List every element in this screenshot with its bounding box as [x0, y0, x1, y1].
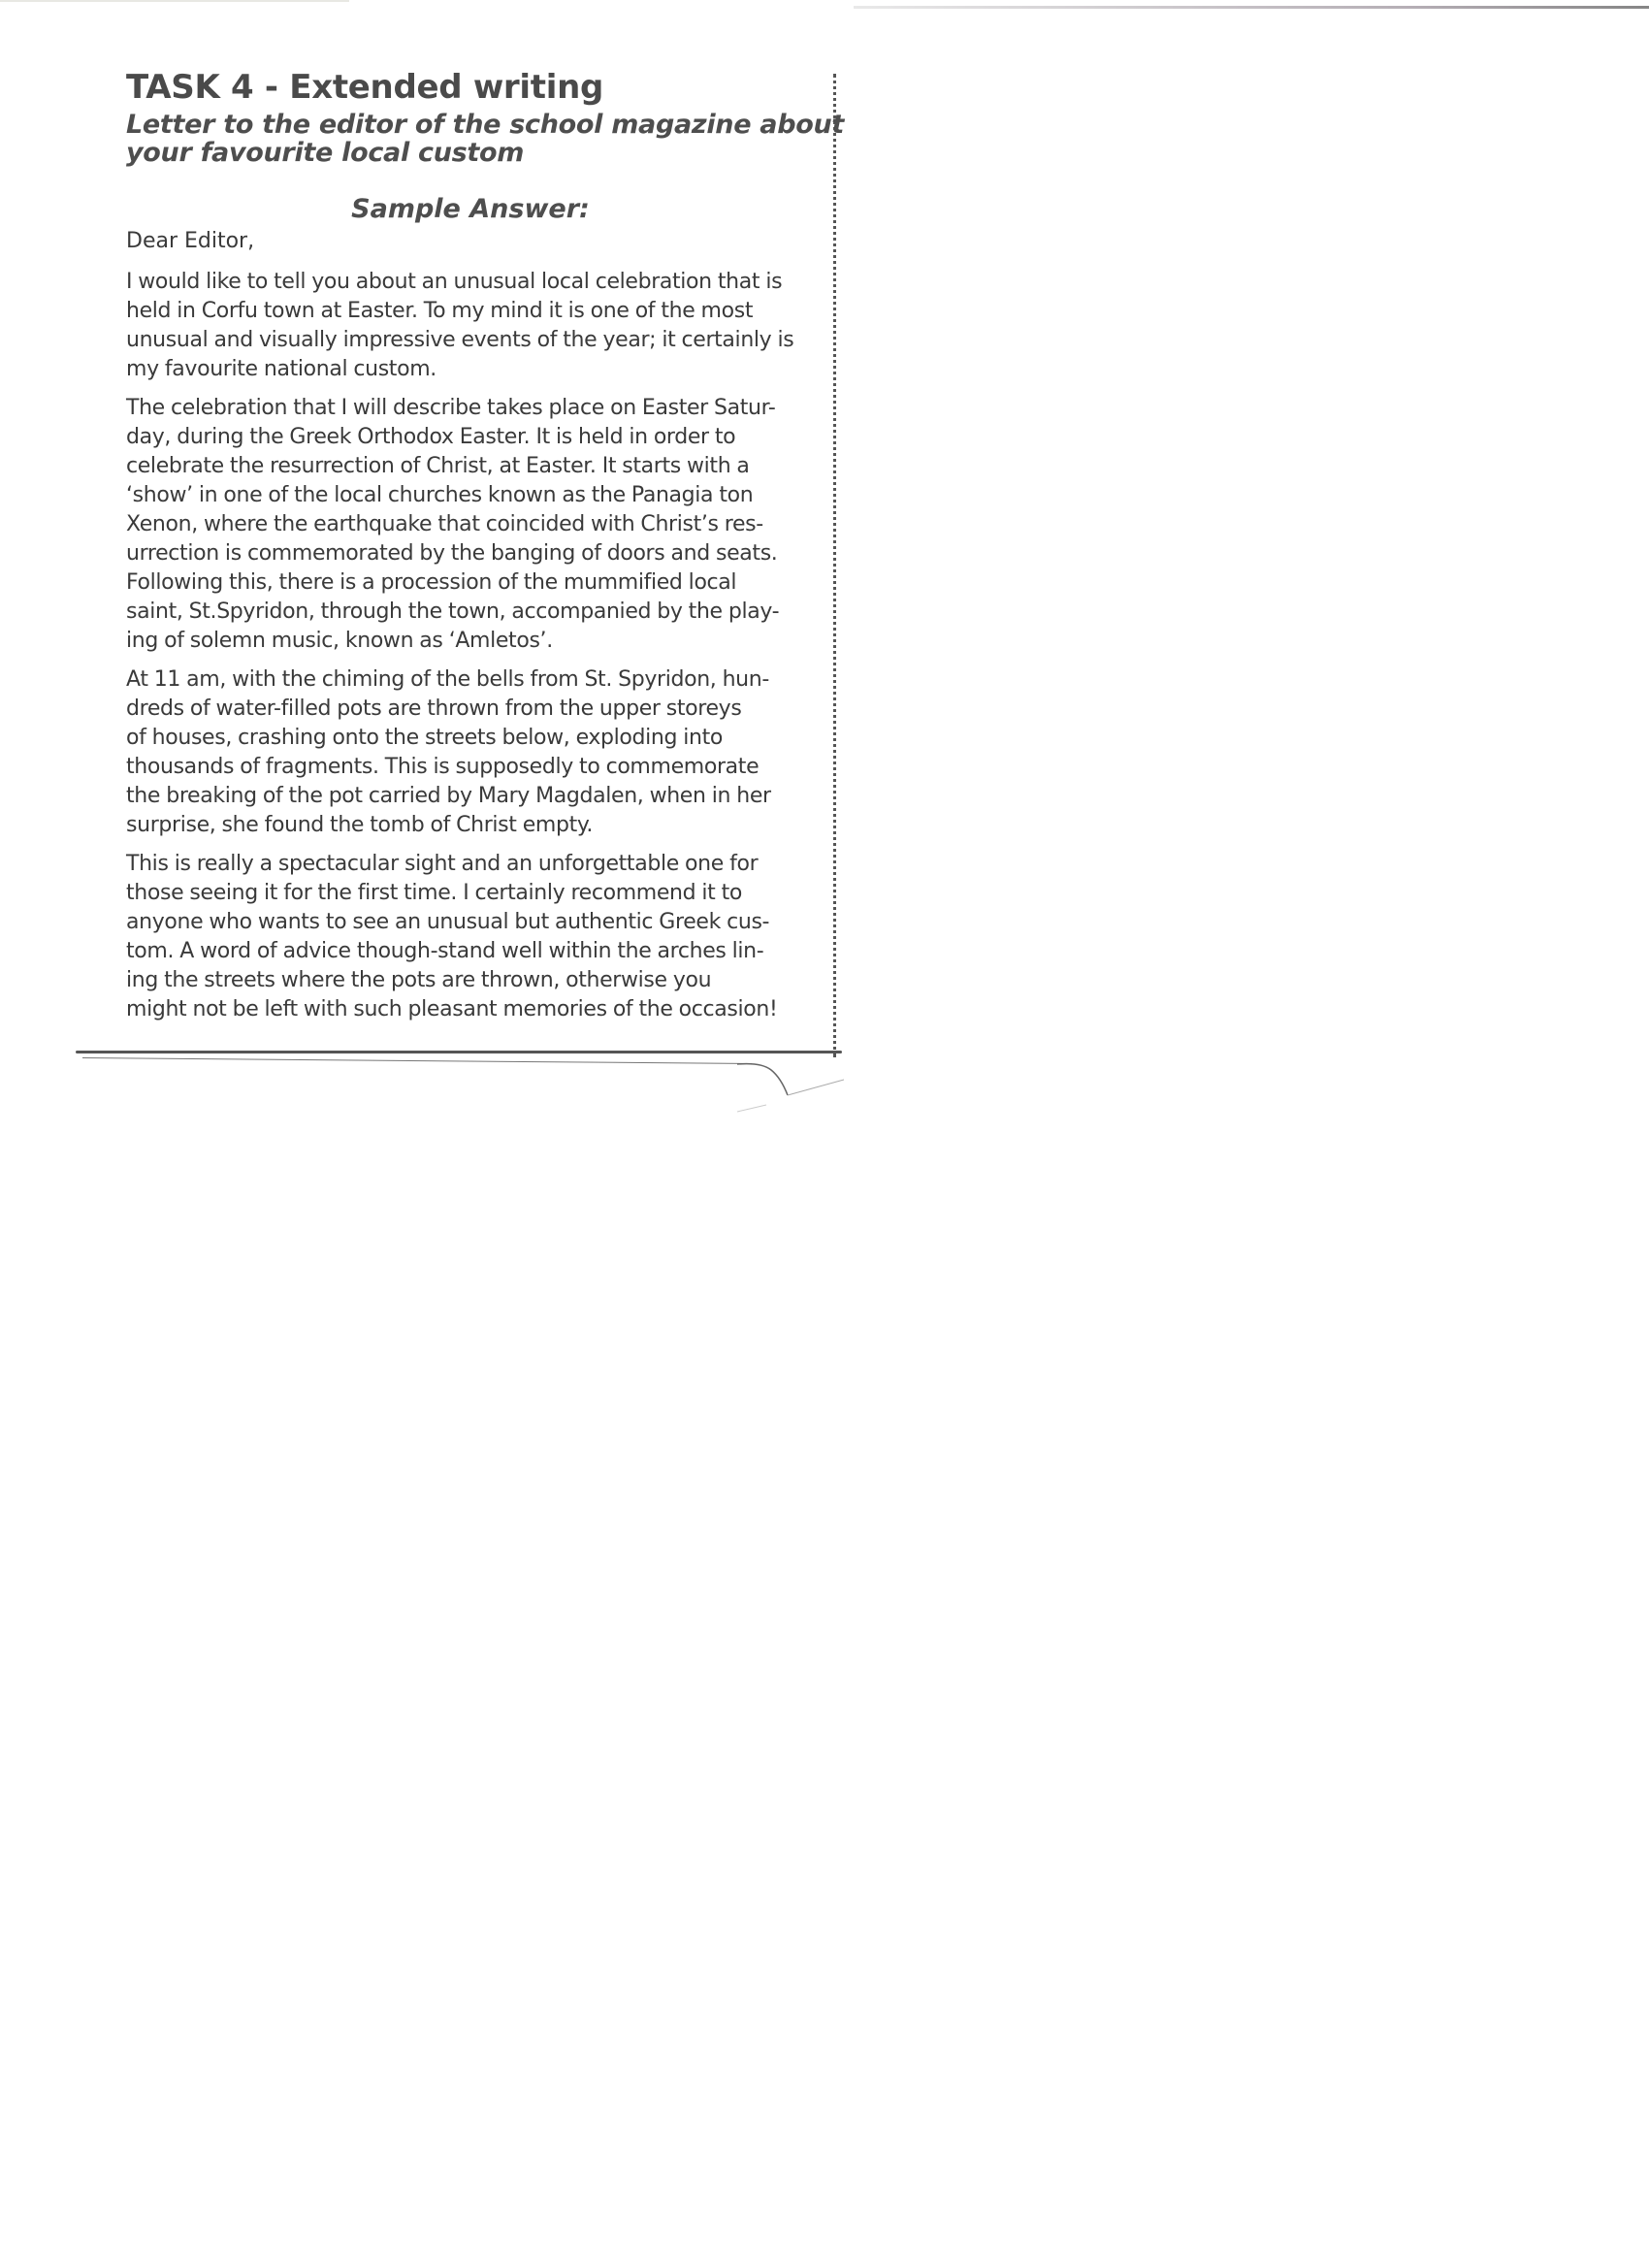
text-line: At 11 am, with the chiming of the bells … — [126, 665, 815, 695]
text-line: This is really a spectacular sight and a… — [126, 850, 815, 879]
text-line: ing of solemn music, known as ‘Amletos’. — [126, 627, 815, 656]
text-line: ing the streets where the pots are throw… — [126, 966, 815, 995]
text-line: ‘show’ in one of the local churches know… — [126, 481, 815, 510]
text-line: I would like to tell you about an unusua… — [126, 268, 815, 297]
text-line: the breaking of the pot carried by Mary … — [126, 782, 815, 811]
text-line: saint, St.Spyridon, through the town, ac… — [126, 598, 815, 627]
text-line: dreds of water-filled pots are thrown fr… — [126, 695, 815, 724]
letter-paragraph: This is really a spectacular sight and a… — [126, 850, 815, 1024]
text-line: The celebration that I will describe tak… — [126, 394, 815, 423]
subtitle-line: Letter to the editor of the school magaz… — [126, 111, 815, 139]
text-line: Xenon, where the earthquake that coincid… — [126, 510, 815, 539]
text-line: those seeing it for the first time. I ce… — [126, 879, 815, 908]
letter-salutation: Dear Editor, — [126, 227, 815, 256]
task-title: TASK 4 - Extended writing — [126, 68, 815, 107]
text-line: held in Corfu town at Easter. To my mind… — [126, 297, 815, 326]
letter-paragraph: The celebration that I will describe tak… — [126, 394, 815, 656]
text-line: Following this, there is a procession of… — [126, 568, 815, 598]
text-line: surprise, she found the tomb of Christ e… — [126, 811, 815, 840]
text-line: might not be left with such pleasant mem… — [126, 995, 815, 1024]
text-line: thousands of fragments. This is supposed… — [126, 753, 815, 782]
task-column: TASK 4 - Extended writing Letter to the … — [126, 68, 815, 1034]
scan-edge-top-right — [854, 6, 1649, 9]
text-line: urrection is commemorated by the banging… — [126, 539, 815, 568]
letter-paragraph: At 11 am, with the chiming of the bells … — [126, 665, 815, 840]
letter-body: I would like to tell you about an unusua… — [126, 268, 815, 1024]
column-dotted-border — [833, 74, 836, 1057]
text-line: tom. A word of advice though-stand well … — [126, 937, 815, 966]
sample-answer-heading: Sample Answer: — [126, 194, 815, 225]
cut-edge-shadow — [82, 1057, 752, 1064]
text-line: anyone who wants to see an unusual but a… — [126, 908, 815, 937]
page-curl-icon — [737, 1062, 844, 1120]
scan-edge-top-left — [0, 0, 349, 2]
task-subtitle: Letter to the editor of the school magaz… — [126, 111, 815, 167]
text-line: celebrate the resurrection of Christ, at… — [126, 452, 815, 481]
text-line: unusual and visually impressive events o… — [126, 326, 815, 355]
subtitle-line: your favourite local custom — [126, 139, 815, 167]
text-line: of houses, crashing onto the streets bel… — [126, 724, 815, 753]
text-line: day, during the Greek Orthodox Easter. I… — [126, 423, 815, 452]
letter-paragraph: I would like to tell you about an unusua… — [126, 268, 815, 384]
cut-edge-rule — [76, 1051, 842, 1053]
text-line: my favourite national custom. — [126, 355, 815, 384]
